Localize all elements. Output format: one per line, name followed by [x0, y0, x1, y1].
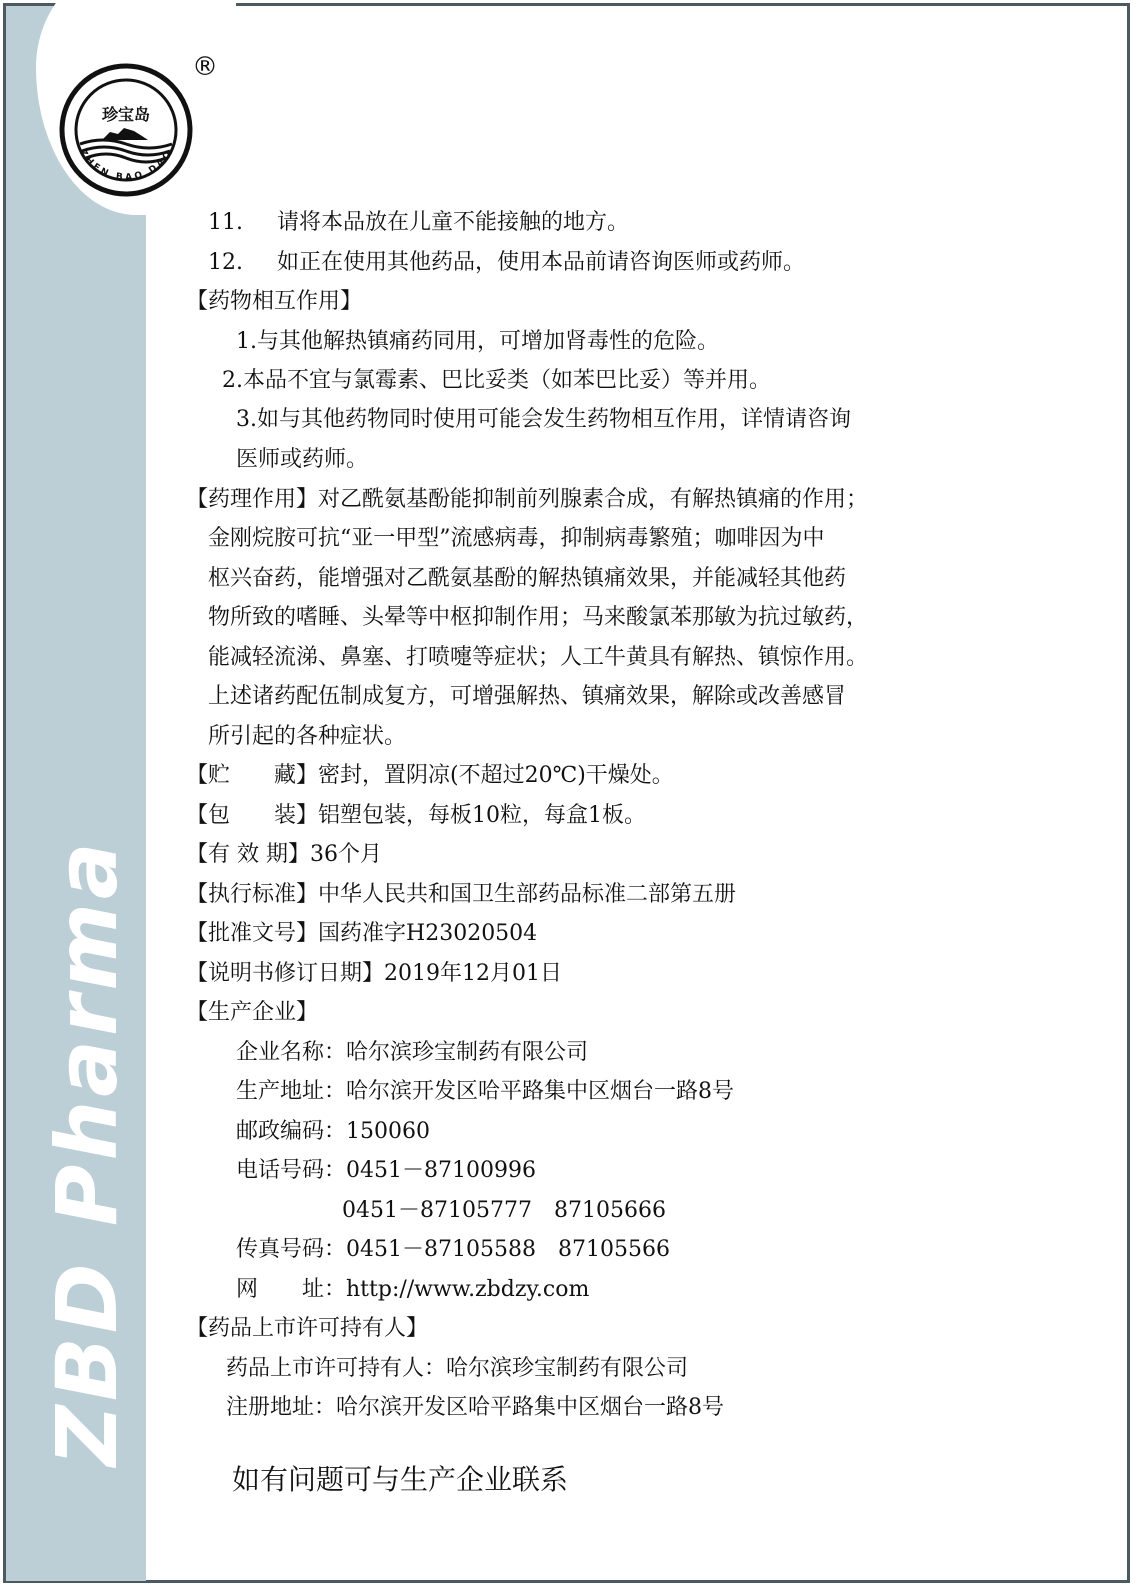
mah-heading: 【药品上市许可持有人】: [186, 1314, 428, 1344]
pharmacology-line: 上述诸药配伍制成复方，可增强解热、镇痛效果，解除或改善感冒: [208, 682, 846, 712]
pharmacology-line: 物所致的嗜睡、头晕等中枢抑制作用；马来酸氯苯那敏为抗过敏药，: [208, 603, 868, 633]
precaution-12: 12.如正在使用其他药品，使用本品前请咨询医师或药师。: [208, 248, 805, 278]
interaction-item: 1.与其他解热镇痛药同用，可增加肾毒性的危险。: [236, 327, 719, 357]
pharmacology-line: 【药理作用】对乙酰氨基酚能抑制前列腺素合成，有解热镇痛的作用；: [186, 485, 868, 515]
precaution-11: 11.请将本品放在儿童不能接触的地方。: [208, 208, 629, 238]
interaction-item: 医师或药师。: [236, 445, 368, 475]
field-revision-date: 【说明书修订日期】2019年12月01日: [186, 959, 562, 989]
pharmacology-line: 金刚烷胺可抗“亚一甲型”流感病毒，抑制病毒繁殖；咖啡因为中: [208, 524, 825, 554]
zhenbaodao-logo-icon: 珍宝岛 ZHEN BAO DAO: [58, 62, 194, 198]
field-shelf-life: 【有 效 期】36个月: [186, 840, 382, 870]
manufacturer-postcode: 邮政编码：150060: [236, 1117, 430, 1147]
pharmacology-line: 枢兴奋药，能增强对乙酰氨基酚的解热镇痛效果，并能减轻其他药: [208, 564, 846, 594]
mah-holder: 药品上市许可持有人：哈尔滨珍宝制药有限公司: [226, 1354, 688, 1384]
pharmacology-line: 所引起的各种症状。: [208, 722, 406, 752]
sidebar-band: ZBD Pharma: [6, 6, 146, 1581]
interactions-heading: 【药物相互作用】: [186, 287, 362, 317]
field-packaging: 【包 装】铝塑包装，每板10粒，每盒1板。: [186, 801, 646, 831]
svg-text:珍宝岛: 珍宝岛: [102, 105, 150, 124]
field-approval-number: 【批准文号】国药准字H23020504: [186, 919, 537, 949]
mah-address: 注册地址：哈尔滨开发区哈平路集中区烟台一路8号: [226, 1393, 724, 1423]
interaction-item: 3.如与其他药物同时使用可能会发生药物相互作用，详情请咨询: [236, 405, 851, 435]
manufacturer-fax: 传真号码：0451－87105588 87105566: [236, 1235, 670, 1265]
field-standard: 【执行标准】中华人民共和国卫生部药品标准二部第五册: [186, 880, 736, 910]
manufacturer-name: 企业名称：哈尔滨珍宝制药有限公司: [236, 1038, 588, 1068]
manufacturer-address: 生产地址：哈尔滨开发区哈平路集中区烟台一路8号: [236, 1077, 734, 1107]
manufacturer-heading: 【生产企业】: [186, 998, 318, 1028]
page-border: [3, 3, 1130, 1583]
manufacturer-phone: 电话号码：0451－87100996: [236, 1156, 536, 1186]
brand-vertical: ZBD Pharma: [38, 838, 136, 1466]
interaction-item: 2.本品不宜与氯霉素、巴比妥类（如苯巴比妥）等并用。: [222, 366, 771, 396]
contact-note: 如有问题可与生产企业联系: [232, 1465, 568, 1495]
manufacturer-phone-extra: 0451－87105777 87105666: [342, 1196, 666, 1226]
manufacturer-website[interactable]: 网 址：http://www.zbdzy.com: [236, 1275, 589, 1305]
field-storage: 【贮 藏】密封，置阴凉(不超过20℃)干燥处。: [186, 761, 674, 791]
pharmacology-line: 能减轻流涕、鼻塞、打喷嚏等症状；人工牛黄具有解热、镇惊作用。: [208, 643, 868, 673]
registered-mark: ®: [192, 52, 218, 82]
